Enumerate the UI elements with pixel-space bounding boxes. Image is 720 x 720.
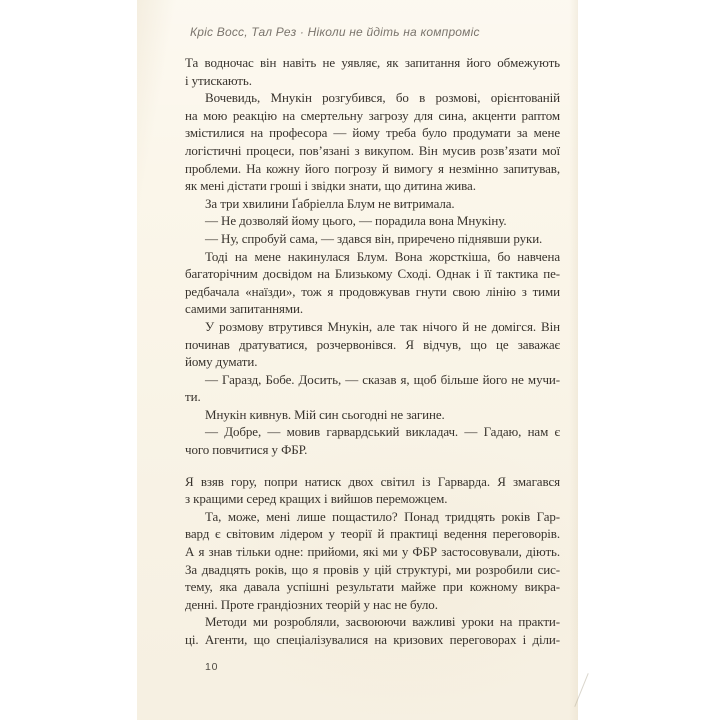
paragraph: — Ну, спробуй сама, — здався він, приреч… — [185, 230, 560, 248]
section-break — [185, 459, 560, 473]
photo-background: { "page": { "header": "Кріс Восс, Тал Ре… — [0, 0, 720, 720]
paragraph: Мнукін кивнув. Мій син сьогодні не загин… — [185, 406, 560, 424]
paragraph: Та, може, мені лише пощастило? Понад три… — [185, 508, 560, 614]
text-line: змістилися на професора — йому треба бул… — [185, 124, 560, 142]
paragraph: Методи ми розробляли, засвоюючи важливі … — [185, 613, 560, 648]
text-line: редбачала «наїзди», тож я продовжував гн… — [185, 283, 560, 301]
text-line: логістичні процеси, пов’язані з викупом.… — [185, 142, 560, 160]
paragraph: — Гаразд, Бобе. Досить, — сказав я, щоб … — [185, 371, 560, 406]
paragraph: Та водночас він навіть не уявляє, як зап… — [185, 54, 560, 89]
paragraph: Вочевидь, Мнукін розгубився, бо в розмов… — [185, 89, 560, 195]
text-line: — Добре, — мовив гарвардський викладач. … — [185, 423, 560, 441]
text-line: Мнукін кивнув. Мій син сьогодні не загин… — [185, 406, 560, 424]
text-line: — Не дозволяй йому цього, — порадила вон… — [185, 212, 560, 230]
text-line: За двадцять років, що я провів у цій стр… — [185, 561, 560, 579]
text-line: — Ну, спробуй сама, — здався він, приреч… — [185, 230, 560, 248]
text-line: самими запитаннями. — [185, 300, 560, 318]
text-line: починав дратуватися, розчервонівся. Я ві… — [185, 336, 560, 354]
running-header: Кріс Восс, Тал Рез · Ніколи не йдіть на … — [190, 25, 480, 39]
text-line: Та, може, мені лише пощастило? Понад три… — [185, 508, 560, 526]
paragraph: Я взяв гору, попри натиск двох світил із… — [185, 473, 560, 508]
text-line: Методи ми розробляли, засвоюючи важливі … — [185, 613, 560, 631]
paragraph: Тоді на мене накинулася Блум. Вона жорст… — [185, 248, 560, 318]
text-line: денні. Проте грандіозних теорій у нас не… — [185, 596, 560, 614]
text-section-2: Я взяв гору, попри натиск двох світил із… — [185, 473, 560, 649]
text-line: Тоді на мене накинулася Блум. Вона жорст… — [185, 248, 560, 266]
paragraph: У розмову втрутився Мнукін, але так нічо… — [185, 318, 560, 371]
text-line: Я взяв гору, попри натиск двох світил із… — [185, 473, 560, 491]
text-line: вард є світовим лідером у теорії й практ… — [185, 525, 560, 543]
page-edge-mark — [574, 673, 588, 707]
paragraph: — Не дозволяй йому цього, — порадила вон… — [185, 212, 560, 230]
text-line: на мою реакцію на смертельну загрозу для… — [185, 107, 560, 125]
paragraph: За три хвилини Ґабріелла Блум не витрима… — [185, 195, 560, 213]
text-line: ти. — [185, 388, 560, 406]
text-line: проблеми. На кожну його погрозу й вимогу… — [185, 160, 560, 178]
text-line: У розмову втрутився Мнукін, але так нічо… — [185, 318, 560, 336]
text-line: А я знав тільки одне: прийоми, які ми у … — [185, 543, 560, 561]
text-line: з кращими серед кращих і вийшов переможц… — [185, 490, 560, 508]
text-line: багаторічним досвідом на Близькому Сході… — [185, 265, 560, 283]
text-line: ці. Агенти, що спеціалізувалися на кризо… — [185, 631, 560, 649]
paragraph: — Добре, — мовив гарвардський викладач. … — [185, 423, 560, 458]
text-line: йому думати. — [185, 353, 560, 371]
text-line: Та водночас він навіть не уявляє, як зап… — [185, 54, 560, 72]
text-line: За три хвилини Ґабріелла Блум не витрима… — [185, 195, 560, 213]
text-line: Вочевидь, Мнукін розгубився, бо в розмов… — [185, 89, 560, 107]
text-section-1: Та водночас він навіть не уявляє, як зап… — [185, 54, 560, 459]
text-line: чого повчитися у ФБР. — [185, 441, 560, 459]
text-line: як мені дістати гроші і звідки знати, що… — [185, 177, 560, 195]
text-line: — Гаразд, Бобе. Досить, — сказав я, щоб … — [185, 371, 560, 389]
page-number: 10 — [185, 659, 560, 677]
text-line: тему, яка давала успішні результати майж… — [185, 578, 560, 596]
book-page: Кріс Восс, Тал Рез · Ніколи не йдіть на … — [137, 0, 578, 720]
text-line: і утискають. — [185, 72, 560, 90]
body-text: Та водночас він навіть не уявляє, як зап… — [185, 54, 560, 676]
